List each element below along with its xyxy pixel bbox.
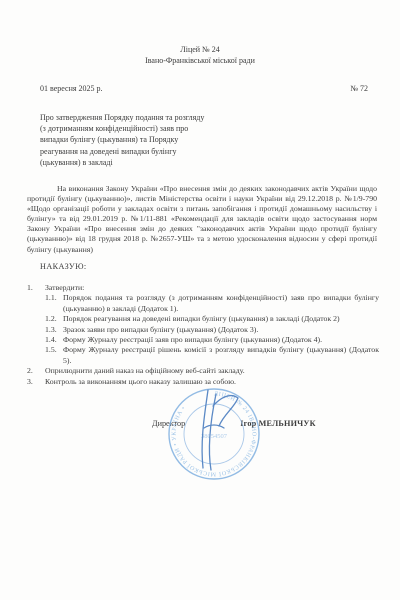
document-number: № 72 [350, 84, 368, 93]
document-preamble: На виконання Закону України «Про внесенн… [27, 184, 377, 255]
list-item-text: Затвердити: [45, 283, 379, 293]
list-item-text: Порядок реагування на доведені випадки б… [63, 314, 379, 324]
list-item-text: Контроль за виконанням цього наказу зали… [45, 377, 379, 387]
list-item-text: Форму Журналу реєстрації заяв про випадк… [63, 335, 379, 345]
signer-name: Ігор МЕЛЬНИЧУК [240, 419, 315, 428]
list-item-number: 1.4. [45, 335, 63, 345]
list-item-number: 1.1. [45, 293, 63, 314]
list-item: 2. Оприлюднити даний наказ на офіційному… [27, 366, 379, 376]
stamp-graphic: ЛІЦЕЙ № 24 ІВАНО-ФРАНКІВСЬКОЇ МІСЬКОЇ РА… [164, 384, 264, 484]
list-item-number: 1.2. [45, 314, 63, 324]
order-list: 1. Затвердити: 1.1. Порядок подання та р… [27, 283, 379, 387]
stamp-rim-text: ЛІЦЕЙ № 24 ІВАНО-ФРАНКІВСЬКОЇ МІСЬКОЇ РА… [171, 391, 256, 477]
scanned-order-document: Ліцей № 24 Івано-Франківської міської ра… [0, 0, 400, 600]
list-item-number: 3. [27, 377, 45, 387]
official-stamp: ЛІЦЕЙ № 24 ІВАНО-ФРАНКІВСЬКОЇ МІСЬКОЇ РА… [164, 384, 264, 484]
list-item-number: 1.5. [45, 345, 63, 366]
list-item: 1.4. Форму Журналу реєстрації заяв про в… [45, 335, 379, 345]
institution-authority: Івано-Франківської міської ради [0, 55, 400, 66]
signature-block: Директор Ігор МЕЛЬНИЧУК [152, 419, 382, 428]
stamp-outer-ring [169, 389, 259, 479]
signer-position: Директор [152, 419, 185, 428]
list-item: 1.1. Порядок подання та розгляду (з дотр… [45, 293, 379, 314]
list-item-text: Оприлюднити даний наказ на офіційному ве… [45, 366, 379, 376]
document-date: 01 вересня 2025 р. [40, 84, 103, 93]
list-item: 1. Затвердити: [27, 283, 379, 293]
order-heading: НАКАЗУЮ: [40, 262, 87, 271]
document-header: Ліцей № 24 Івано-Франківської міської ра… [0, 44, 400, 66]
sublist: 1.1. Порядок подання та розгляду (з дотр… [45, 293, 379, 366]
institution-name: Ліцей № 24 [0, 44, 400, 55]
list-item: 1.5. Форму Журналу реєстрації рішень ком… [45, 345, 379, 366]
list-item: 3. Контроль за виконанням цього наказу з… [27, 377, 379, 387]
stamp-inner-ring [184, 404, 244, 464]
list-item-number: 1.3. [45, 325, 63, 335]
pen-signature [202, 390, 238, 470]
list-item-number: 2. [27, 366, 45, 376]
list-item: 1.2. Порядок реагування на доведені випа… [45, 314, 379, 324]
stamp-center-code: 38054507 [201, 433, 228, 440]
list-item-number: 1. [27, 283, 45, 293]
list-item-text: Порядок подання та розгляду (з дотриманн… [63, 293, 379, 314]
date-number-row: 01 вересня 2025 р. № 72 [40, 84, 368, 93]
list-item-text: Форму Журналу реєстрації рішень комісії … [63, 345, 379, 366]
list-item-text: Зразок заяви про випадки булінгу (цькува… [63, 325, 379, 335]
list-item: 1.3. Зразок заяви про випадки булінгу (ц… [45, 325, 379, 335]
document-subject: Про затвердження Порядку подання та розг… [40, 112, 290, 168]
